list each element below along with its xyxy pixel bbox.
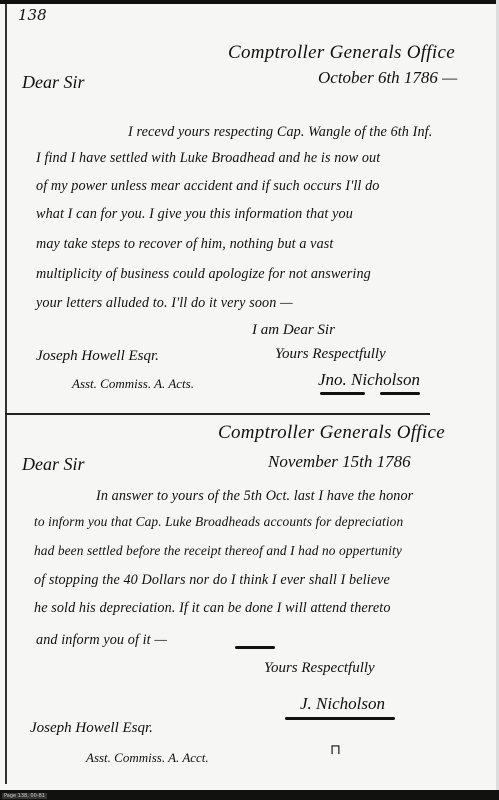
bracket-mark-icon: ⊓ bbox=[330, 742, 341, 758]
letter-1-line: may take steps to recover of him, nothin… bbox=[36, 236, 333, 253]
line-flourish bbox=[235, 646, 275, 649]
letter-2-line: to inform you that Cap. Luke Broadheads … bbox=[34, 514, 403, 530]
letter-2-line: In answer to yours of the 5th Oct. last … bbox=[96, 488, 413, 505]
letter-2-line: and inform you of it — bbox=[36, 632, 167, 649]
letter-1-line: I find I have settled with Luke Broadhea… bbox=[36, 150, 380, 167]
letter-2-addressee-title: Asst. Commiss. A. Acct. bbox=[86, 750, 209, 766]
letter-2-addressee: Joseph Howell Esqr. bbox=[30, 720, 153, 737]
letter-divider bbox=[5, 413, 430, 415]
signature-flourish bbox=[320, 392, 365, 395]
letter-2-heading: Comptroller Generals Office bbox=[218, 422, 445, 444]
page-number: 138 bbox=[18, 6, 47, 24]
letter-1-line: your letters alluded to. I'll do it very… bbox=[36, 295, 293, 312]
letter-1-salutation: Dear Sir bbox=[22, 72, 85, 93]
scan-border-bottom bbox=[0, 790, 499, 800]
letter-2-salutation: Dear Sir bbox=[22, 454, 85, 475]
letter-1-date: October 6th 1786 — bbox=[318, 68, 457, 88]
letter-2-line: he sold his depreciation. If it can be d… bbox=[34, 600, 391, 617]
letter-1-addressee-title: Asst. Commiss. A. Acts. bbox=[72, 376, 194, 392]
scan-border-left bbox=[5, 4, 7, 784]
letter-1-line: multiplicity of business could apologize… bbox=[36, 266, 371, 283]
letter-2-line: of stopping the 40 Dollars nor do I thin… bbox=[34, 572, 390, 589]
letter-1-line: what I can for you. I give you this info… bbox=[36, 206, 353, 223]
scanned-document-page: 138 Comptroller Generals Office October … bbox=[0, 0, 499, 800]
letter-1-addressee: Joseph Howell Esqr. bbox=[36, 348, 159, 365]
letter-1-closing-2: Yours Respectfully bbox=[275, 346, 386, 363]
letter-2-signature: J. Nicholson bbox=[300, 694, 385, 714]
letter-1-signature: Jno. Nicholson bbox=[318, 370, 420, 390]
scan-footer-label: Page 138, 00-81 bbox=[2, 793, 47, 799]
letter-1-closing: I am Dear Sir bbox=[252, 322, 335, 339]
scan-border-top bbox=[0, 0, 499, 4]
letter-2-line: had been settled before the receipt ther… bbox=[34, 543, 402, 559]
letter-1-line: of my power unless mear accident and if … bbox=[36, 178, 379, 195]
letter-2-date: November 15th 1786 bbox=[268, 452, 411, 472]
letter-1-line: I recevd yours respecting Cap. Wangle of… bbox=[128, 124, 432, 141]
letter-1-heading: Comptroller Generals Office bbox=[228, 42, 455, 64]
signature-flourish bbox=[380, 392, 420, 395]
signature-flourish bbox=[285, 717, 395, 720]
letter-2-closing: Yours Respectfully bbox=[264, 660, 375, 677]
